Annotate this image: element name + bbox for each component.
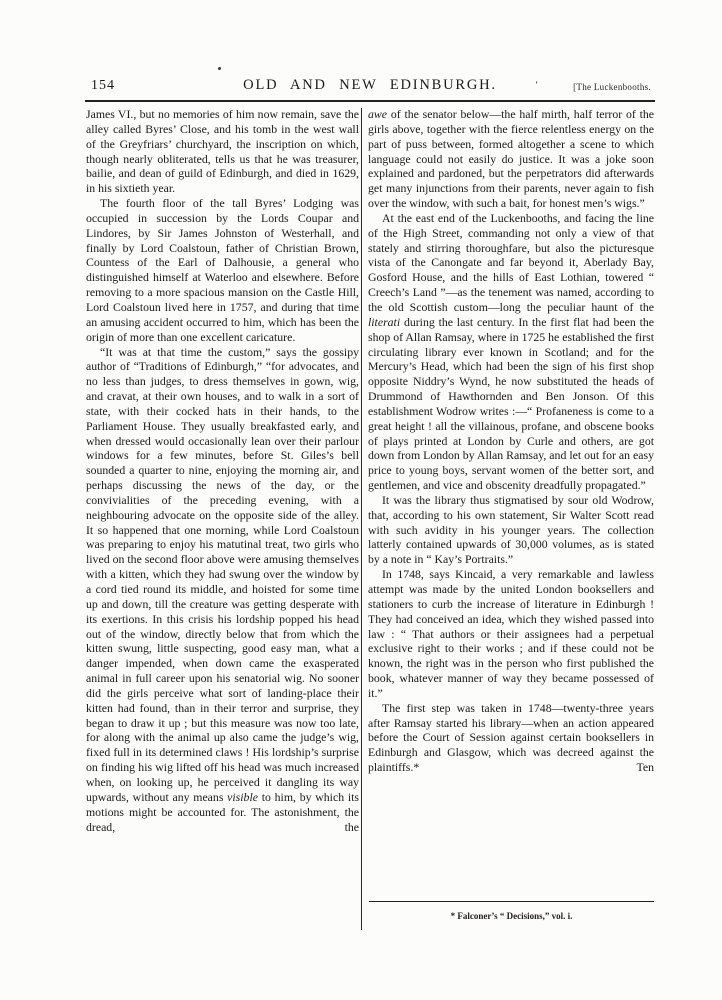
italic-text-segment: literati <box>368 315 400 329</box>
footnote-rule <box>369 901 654 902</box>
italic-text-segment: visible <box>227 790 258 804</box>
paragraph: James VI., but no memories of him now re… <box>86 107 359 196</box>
paragraph: At the east end of the Luckenbooths, and… <box>368 211 654 493</box>
page-header: 154 OLD AND NEW EDINBURGH. ‘ [The Lucken… <box>85 76 655 98</box>
text-segment: In 1748, says Kincaid, a very remarkable… <box>368 567 654 700</box>
paragraph: In 1748, says Kincaid, a very remarkable… <box>368 567 654 701</box>
right-column: awe of the senator below—the half mirth,… <box>368 107 654 899</box>
paragraph: The fourth floor of the tall Byres’ Lodg… <box>86 196 359 344</box>
paragraph: It was the library thus stigmatised by s… <box>368 493 654 567</box>
header-rule <box>85 100 655 102</box>
paragraph: “It was at that time the custom,” says t… <box>86 345 359 835</box>
text-segment: At the east end of the Luckenbooths, and… <box>368 211 654 314</box>
text-segment: James VI., but no memories of him now re… <box>86 107 359 195</box>
italic-text-segment: awe <box>368 107 387 121</box>
running-header: [The Luckenbooths. <box>573 82 651 92</box>
text-segment: “It was at that time the custom,” says t… <box>86 345 359 804</box>
book-page: 154 OLD AND NEW EDINBURGH. ‘ [The Lucken… <box>0 0 722 1000</box>
text-segment: The first step was taken in 1748—twenty-… <box>368 701 654 774</box>
text-segment: It was the library thus stigmatised by s… <box>368 493 654 566</box>
text-segment: The fourth floor of the tall Byres’ Lodg… <box>86 196 359 344</box>
text-segment: of the senator below—the half mirth, hal… <box>368 107 654 210</box>
paragraph: awe of the senator below—the half mirth,… <box>368 107 654 211</box>
scan-artifact-mark: ‘ <box>535 80 538 91</box>
scan-artifact-dot <box>218 67 221 70</box>
footnote: * Falconer’s “ Decisions,” vol. i. <box>369 911 654 921</box>
column-divider-rule <box>361 108 362 930</box>
paragraph: The first step was taken in 1748—twenty-… <box>368 701 654 775</box>
page-title: OLD AND NEW EDINBURGH. <box>85 77 655 94</box>
left-column: James VI., but no memories of him now re… <box>86 107 359 929</box>
text-segment: during the last century. In the first fl… <box>368 315 654 492</box>
